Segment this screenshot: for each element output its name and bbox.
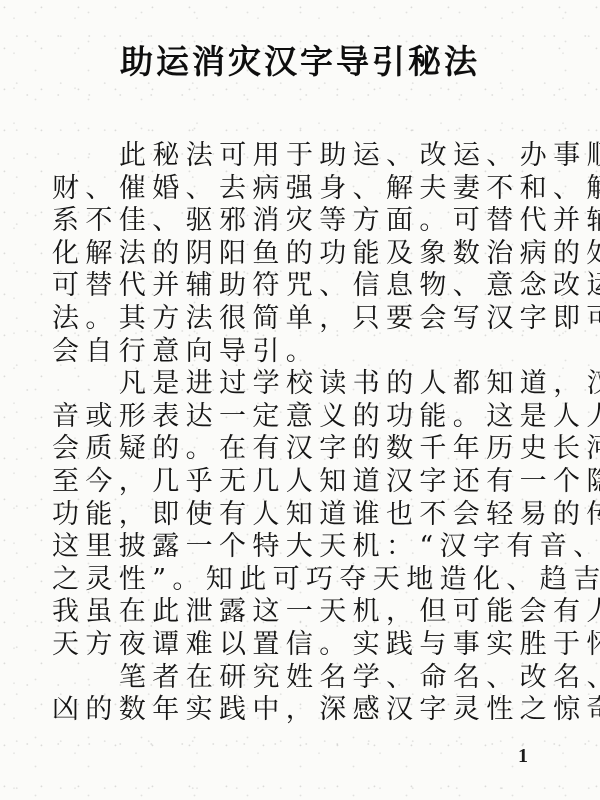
paragraph-1-line-6: 法。其方法很简单，只要会写汉字即可。汉字就 [52, 303, 558, 336]
paragraph-3-line-1: 笔者在研究姓名学、命名、改名、查名吉 [52, 662, 558, 695]
paragraph-2-line-4: 至今，几乎无几人知道汉字还有一个隐而不露的 [52, 466, 558, 499]
body-text: 此秘法可用于助运、改运、办事顺利、求 财、催婚、去病强身、解夫妻不和、解人际关 … [52, 140, 558, 727]
paragraph-1-line-7: 会自行意向导引。 [52, 336, 558, 369]
paragraph-3-line-2: 凶的数年实践中，深感汉字灵性之惊奇：如某夫 [52, 694, 558, 727]
paragraph-2-line-9: 天方夜谭难以置信。实践与事实胜于怀疑。 [52, 629, 558, 662]
paragraph-2-line-1: 凡是进过学校读书的人都知道，汉字有通过 [52, 368, 558, 401]
paragraph-1-line-1: 此秘法可用于助运、改运、办事顺利、求 [52, 140, 558, 173]
paragraph-2-line-8: 我虽在此泄露这一天机，但可能会有人认为这是 [52, 596, 558, 629]
page-title: 助运消灾汉字导引秘法 [0, 36, 600, 83]
paragraph-1-line-2: 财、催婚、去病强身、解夫妻不和、解人际关 [52, 173, 558, 206]
paragraph-2-line-5: 功能，即使有人知道谁也不会轻易的传人。我在 [52, 499, 558, 532]
paragraph-1-line-3: 系不佳、驱邪消灾等方面。可替代并辅助太极 [52, 205, 558, 238]
paragraph-2-line-3: 会质疑的。在有汉字的数千年历史长河中，从古 [52, 433, 558, 466]
page-number: 1 [518, 745, 528, 768]
paragraph-2-line-7: 之灵性”。知此可巧夺天地造化、趋吉避凶。 [52, 564, 558, 597]
paragraph-2-line-6: 这里披露一个特大天机：“汉字有音、形、义 [52, 531, 558, 564]
paragraph-1-line-5: 可替代并辅助符咒、信息物、意念改运等方 [52, 270, 558, 303]
paragraph-1-line-4: 化解法的阴阳鱼的功能及象数治病的处方；又 [52, 238, 558, 271]
paragraph-2-line-2: 音或形表达一定意义的功能。这是人人皆知不 [52, 401, 558, 434]
